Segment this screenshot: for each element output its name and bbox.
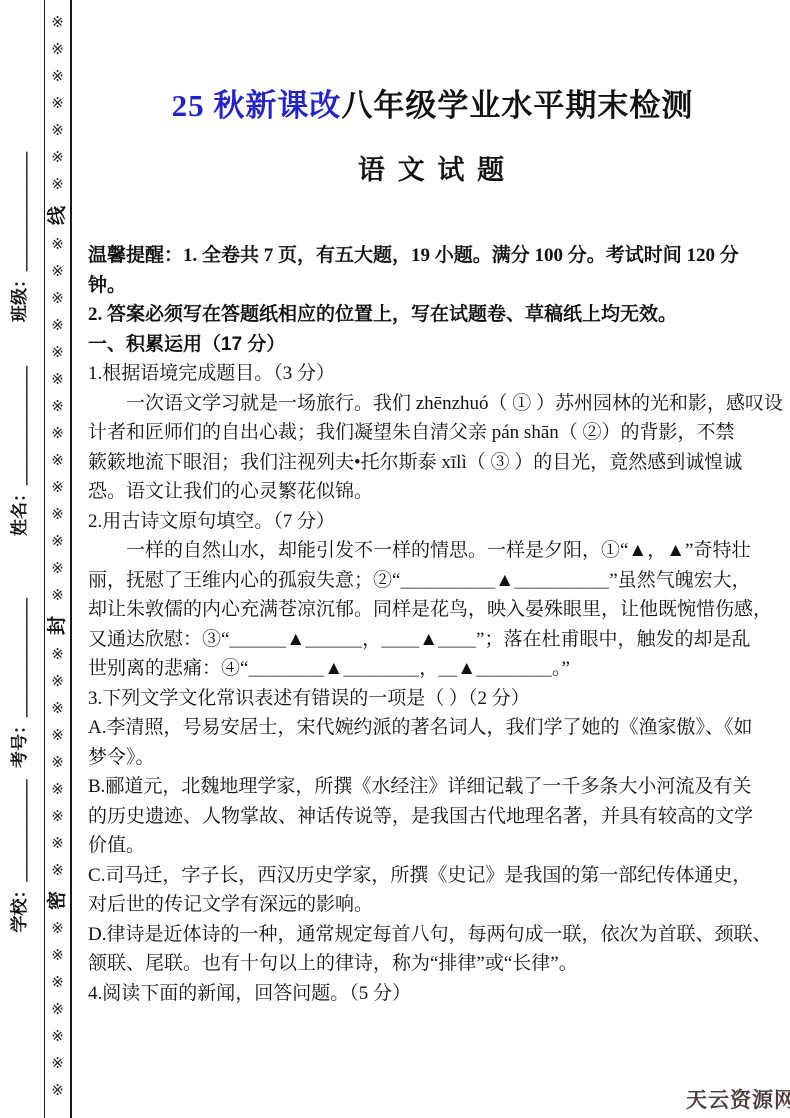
subject-title: 语 文 试 题: [90, 148, 775, 187]
question-3-option-a-line-2: 梦令》。: [88, 743, 778, 773]
notice-line-2: 钟。: [88, 271, 778, 301]
question-3-option-c-line-2: 对后世的传记文学有深远的影响。: [88, 890, 778, 920]
paper-title-rest: 八年级学业水平期末检测: [341, 88, 693, 123]
name-field-label: 姓名：＿＿＿＿＿＿＿: [7, 356, 33, 546]
notice-line-1: 温馨提醒：1. 全卷共 7 页，有五大题，19 小题。满分 100 分。考试时间…: [88, 241, 778, 271]
question-3-option-c-line-1: C.司马迁，字子长，西汉历史学家，所撰《史记》是我国的第一部纪传体通史，: [88, 861, 778, 891]
question-3-option-b-line-1: B.郦道元，北魏地理学家，所撰《水经注》详细记载了一千多条大小河流及有关: [88, 772, 778, 802]
seal-symbols-segment-4: ※ ※ ※ ※ ※ ※ ※: [45, 916, 70, 1105]
question-3-option-b-line-3: 价值。: [88, 831, 778, 861]
question-3-stem: 3.下列文学文化常识表述有错误的一项是（ ）（2 分）: [88, 684, 778, 714]
exam-paper-page: { "header": { "title_highlight": "25 秋新课…: [0, 0, 790, 1118]
question-2-text-line-4: 又通达欣慰：③“＿＿＿▲＿＿＿，＿＿▲＿＿”；落在杜甫眼中，触发的却是乱: [88, 625, 778, 655]
seal-symbols-segment-3: ※ ※ ※ ※ ※ ※ ※ ※ ※: [45, 642, 70, 885]
question-3-option-d-line-1: D.律诗是近体诗的一种，通常规定每首八句，每两句成一联，依次为首联、颈联、: [88, 920, 778, 950]
section-1-heading: 一、积累运用（17 分）: [88, 330, 778, 360]
question-2-text-line-1: 一样的自然山水，却能引发不一样的情思。一样是夕阳，①“▲，▲”奇特壮: [88, 536, 778, 566]
class-field-label: 班级：＿＿＿＿＿＿＿: [7, 142, 33, 332]
seal-symbols-segment-1: ※ ※ ※ ※ ※ ※ ※: [45, 10, 70, 199]
question-2-text-line-2: 丽，抚慰了王维内心的孤寂失意；②“＿＿＿＿＿▲＿＿＿＿＿”虽然气魄宏大，: [88, 566, 778, 596]
question-4-stem: 4.阅读下面的新闻，回答问题。（5 分）: [88, 979, 778, 1009]
seal-char-mi: 密: [44, 888, 71, 913]
seal-line-right-border: [70, 0, 72, 1118]
paper-title: 25 秋新课改八年级学业水平期末检测: [90, 80, 775, 125]
paper-title-highlight: 25 秋新课改: [172, 88, 342, 123]
question-3-option-b-line-2: 的历史遗迹、人物掌故、神话传说等，是我国古代地理名著，并具有较高的文学: [88, 802, 778, 832]
question-1-passage-line-1: 一次语文学习就是一场旅行。我们 zhēnzhuó（ ① ）苏州园林的光和影，感叹…: [88, 389, 778, 419]
exam-body: 温馨提醒：1. 全卷共 7 页，有五大题，19 小题。满分 100 分。考试时间…: [88, 241, 778, 1008]
site-watermark: 天云资源网: [686, 1084, 790, 1114]
question-1-passage-line-3: 簌簌地流下眼泪；我们注视列夫•托尔斯泰 xīlì（ ③ ）的目光，竟然感到诚惶诚: [88, 448, 778, 478]
question-2-text-line-3: 却让朱敦儒的内心充满苍凉沉郁。同样是花鸟，映入晏殊眼里，让他既惋惜伤感，: [88, 595, 778, 625]
seal-char-xian: 线: [44, 203, 71, 228]
question-1-stem: 1.根据语境完成题目。（3 分）: [88, 359, 778, 389]
seal-symbols-segment-2: ※ ※ ※ ※ ※ ※ ※ ※ ※ ※ ※ ※ ※ ※: [45, 232, 70, 610]
question-1-passage-line-4: 恐。语文让我们的心灵繁花似锦。: [88, 477, 778, 507]
notice-line-3: 2. 答案必须写在答题纸相应的位置上，写在试题卷、草稿纸上均无效。: [88, 300, 778, 330]
question-3-option-d-line-2: 颔联、尾联。也有十句以上的律诗，称为“排律”或“长律”。: [88, 949, 778, 979]
seal-char-feng: 封: [44, 613, 71, 638]
exam-number-field-label: 考号：＿＿＿＿＿＿＿: [7, 588, 33, 778]
school-field-label: 学校：＿＿＿＿＿＿: [7, 761, 33, 951]
question-2-stem: 2.用古诗文原句填空。（7 分）: [88, 507, 778, 537]
question-2-text-line-5: 世别离的悲痛：④“＿＿＿＿▲＿＿＿＿，＿▲＿＿＿＿。”: [88, 654, 778, 684]
question-3-option-a-line-1: A.李清照，号易安居士，宋代婉约派的著名词人，我们学了她的《渔家傲》、《如: [88, 713, 778, 743]
question-1-passage-line-2: 计者和匠师们的自出心裁；我们凝望朱自清父亲 pán shān（ ②）的背影，不禁: [88, 418, 778, 448]
